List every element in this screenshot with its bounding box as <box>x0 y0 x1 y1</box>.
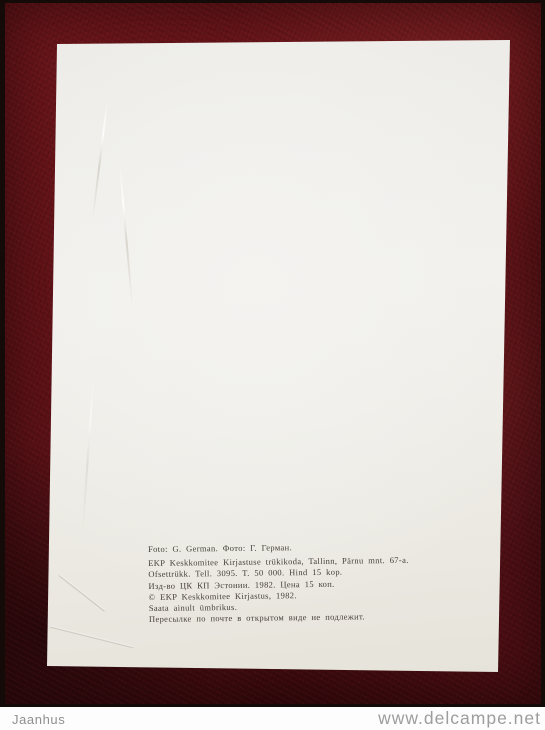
imprint-mailing-note-russian: Пересылке по почте в открытом виде не по… <box>149 611 410 625</box>
emboss-mark <box>81 370 95 540</box>
watermark-bar: Jaanhus www.delcampe.net <box>0 707 545 730</box>
emboss-mark <box>91 95 109 224</box>
crease-mark <box>59 574 106 611</box>
site-watermark: www.delcampe.net <box>378 708 541 729</box>
listing-photo: Foto: G. German. Фото: Г. Герман. EKP Ke… <box>0 0 545 730</box>
seller-watermark: Jaanhus <box>12 712 65 727</box>
photo-frame: Foto: G. German. Фото: Г. Герман. EKP Ke… <box>0 0 545 707</box>
publisher-imprint: Foto: G. German. Фото: Г. Герман. EKP Ke… <box>148 541 409 626</box>
imprint-photographer-credit: Foto: G. German. Фото: Г. Герман. <box>148 541 409 555</box>
crease-mark <box>50 626 134 649</box>
postcard-back: Foto: G. German. Фото: Г. Герман. EKP Ke… <box>47 40 511 673</box>
emboss-mark <box>118 160 133 310</box>
